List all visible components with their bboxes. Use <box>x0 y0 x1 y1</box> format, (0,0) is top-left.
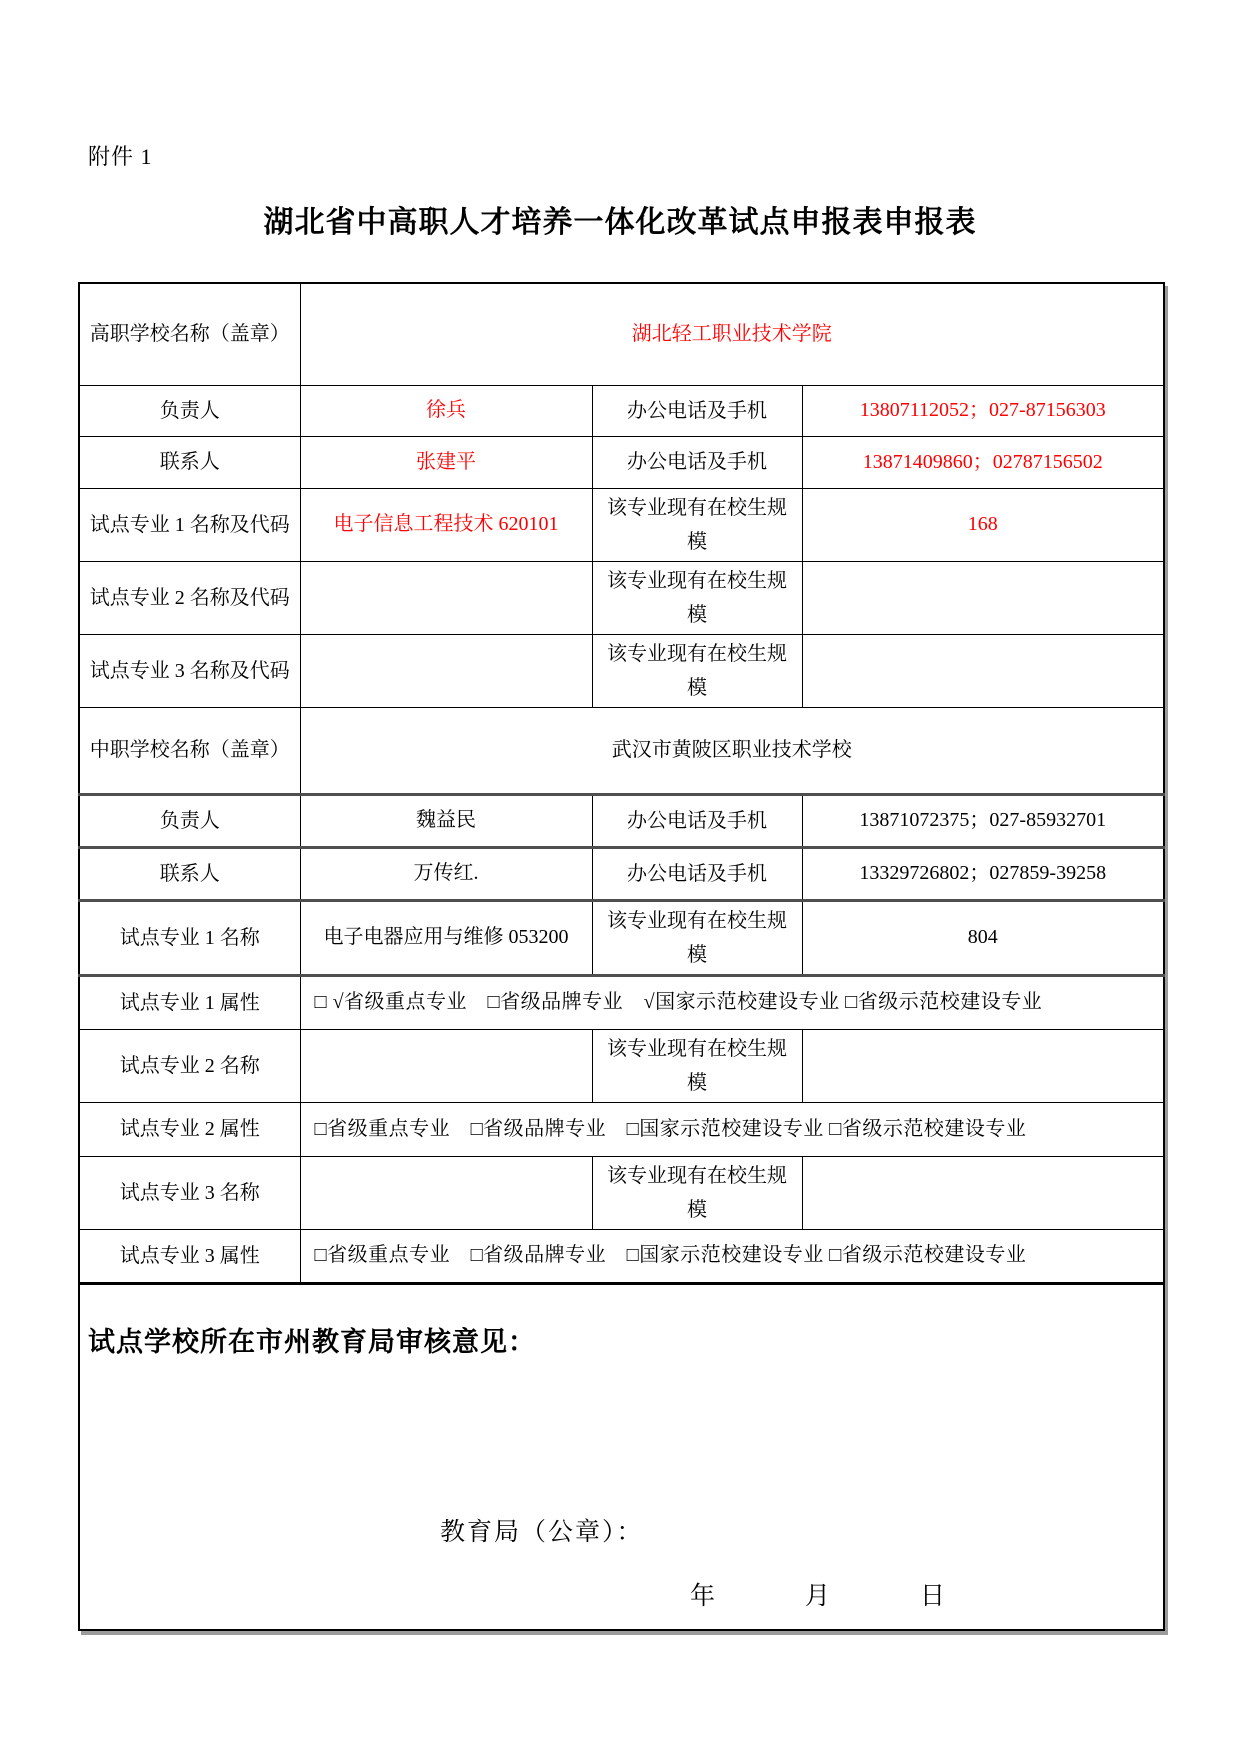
row-secondary-major-2-name: 试点专业 2 名称 该专业现有在校生规模 <box>79 1029 1164 1102</box>
cell-label-phone: 办公电话及手机 <box>592 794 802 847</box>
attribute-checkbox-options: □ √省级重点专业 □省级品牌专业 √国家示范校建设专业 □省级示范校建设专业 <box>300 975 1164 1029</box>
cell-label-phone: 办公电话及手机 <box>592 436 802 488</box>
row-secondary-major-3-name: 试点专业 3 名称 该专业现有在校生规模 <box>79 1156 1164 1229</box>
cell-label: 试点专业 3 名称及代码 <box>79 634 300 707</box>
cell-label: 高职学校名称（盖章） <box>79 283 300 385</box>
review-heading: 试点学校所在市州教育局审核意见： <box>88 1321 536 1365</box>
cell-label: 试点专业 1 属性 <box>79 975 300 1029</box>
cell-value-enrollment-empty <box>802 561 1164 634</box>
cell-value-name: 张建平 <box>300 436 592 488</box>
cell-label: 试点专业 3 名称 <box>79 1156 300 1229</box>
cell-label: 试点专业 1 名称及代码 <box>79 488 300 561</box>
review-section: 试点学校所在市州教育局审核意见： 教育局（公章）： 年月日 <box>79 1283 1164 1630</box>
cell-value-school-name: 武汉市黄陂区职业技术学校 <box>300 707 1164 794</box>
cell-value-name: 徐兵 <box>300 385 592 436</box>
cell-value-major-empty <box>300 1029 592 1102</box>
cell-label-enrollment: 该专业现有在校生规模 <box>592 1029 802 1102</box>
attribute-checkbox-options: □省级重点专业 □省级品牌专业 □国家示范校建设专业 □省级示范校建设专业 <box>300 1102 1164 1156</box>
cell-label-enrollment: 该专业现有在校生规模 <box>592 900 802 975</box>
cell-label: 负责人 <box>79 794 300 847</box>
cell-value-major-empty <box>300 561 592 634</box>
education-bureau-seal-label: 教育局（公章）： <box>440 1513 644 1554</box>
cell-label-enrollment: 该专业现有在校生规模 <box>592 1156 802 1229</box>
cell-label: 试点专业 2 名称 <box>79 1029 300 1102</box>
cell-label-phone: 办公电话及手机 <box>592 385 802 436</box>
cell-value-enrollment: 168 <box>802 488 1164 561</box>
row-pilot-major-3-code: 试点专业 3 名称及代码 该专业现有在校生规模 <box>79 634 1164 707</box>
cell-label: 联系人 <box>79 847 300 900</box>
row-secondary-responsible: 负责人 魏益民 办公电话及手机 13871072375；027-85932701 <box>79 794 1164 847</box>
month-label: 月 <box>805 1583 830 1610</box>
row-review-opinion: 试点学校所在市州教育局审核意见： 教育局（公章）： 年月日 <box>79 1283 1164 1630</box>
application-form-table: 高职学校名称（盖章） 湖北轻工职业技术学院 负责人 徐兵 办公电话及手机 138… <box>78 282 1165 1631</box>
cell-label: 联系人 <box>79 436 300 488</box>
row-higher-contact: 联系人 张建平 办公电话及手机 13871409860；02787156502 <box>79 436 1164 488</box>
row-major-2-attribute: 试点专业 2 属性 □省级重点专业 □省级品牌专业 □国家示范校建设专业 □省级… <box>79 1102 1164 1156</box>
cell-label: 试点专业 2 名称及代码 <box>79 561 300 634</box>
cell-value-major-empty <box>300 1156 592 1229</box>
cell-value-major-empty <box>300 634 592 707</box>
row-major-3-attribute: 试点专业 3 属性 □省级重点专业 □省级品牌专业 □国家示范校建设专业 □省级… <box>79 1229 1164 1283</box>
attribute-checkbox-options: □省级重点专业 □省级品牌专业 □国家示范校建设专业 □省级示范校建设专业 <box>300 1229 1164 1283</box>
cell-label-enrollment: 该专业现有在校生规模 <box>592 488 802 561</box>
cell-label: 试点专业 3 属性 <box>79 1229 300 1283</box>
cell-label: 试点专业 1 名称 <box>79 900 300 975</box>
attachment-label: 附件 1 <box>88 140 153 171</box>
row-higher-school-name: 高职学校名称（盖章） 湖北轻工职业技术学院 <box>79 283 1164 385</box>
row-higher-responsible: 负责人 徐兵 办公电话及手机 13807112052；027-87156303 <box>79 385 1164 436</box>
page-title: 湖北省中高职人才培养一体化改革试点申报表申报表 <box>0 197 1240 241</box>
cell-value-school-name: 湖北轻工职业技术学院 <box>300 283 1164 385</box>
row-pilot-major-2-code: 试点专业 2 名称及代码 该专业现有在校生规模 <box>79 561 1164 634</box>
row-secondary-major-1-name: 试点专业 1 名称 电子电器应用与维修 053200 该专业现有在校生规模 80… <box>79 900 1164 975</box>
cell-value-phone: 13807112052；027-87156303 <box>802 385 1164 436</box>
day-label: 日 <box>920 1583 945 1610</box>
cell-label-phone: 办公电话及手机 <box>592 847 802 900</box>
cell-label-enrollment: 该专业现有在校生规模 <box>592 561 802 634</box>
cell-value-name: 万传红. <box>300 847 592 900</box>
row-major-1-attribute: 试点专业 1 属性 □ √省级重点专业 □省级品牌专业 √国家示范校建设专业 □… <box>79 975 1164 1029</box>
cell-label-enrollment: 该专业现有在校生规模 <box>592 634 802 707</box>
cell-value-enrollment: 804 <box>802 900 1164 975</box>
row-pilot-major-1-code: 试点专业 1 名称及代码 电子信息工程技术 620101 该专业现有在校生规模 … <box>79 488 1164 561</box>
cell-value-phone: 13329726802；027859-39258 <box>802 847 1164 900</box>
cell-value-phone: 13871409860；02787156502 <box>802 436 1164 488</box>
cell-label: 中职学校名称（盖章） <box>79 707 300 794</box>
row-secondary-school-name: 中职学校名称（盖章） 武汉市黄陂区职业技术学校 <box>79 707 1164 794</box>
cell-value-enrollment-empty <box>802 1156 1164 1229</box>
cell-value-name: 魏益民 <box>300 794 592 847</box>
cell-value-enrollment-empty <box>802 1029 1164 1102</box>
cell-label: 试点专业 2 属性 <box>79 1102 300 1156</box>
cell-value-phone: 13871072375；027-85932701 <box>802 794 1164 847</box>
cell-value-major: 电子电器应用与维修 053200 <box>300 900 592 975</box>
cell-label: 负责人 <box>79 385 300 436</box>
row-secondary-contact: 联系人 万传红. 办公电话及手机 13329726802；027859-3925… <box>79 847 1164 900</box>
cell-value-major: 电子信息工程技术 620101 <box>300 488 592 561</box>
cell-value-enrollment-empty <box>802 634 1164 707</box>
year-label: 年 <box>690 1583 715 1610</box>
date-signature-line: 年月日 <box>690 1577 945 1618</box>
